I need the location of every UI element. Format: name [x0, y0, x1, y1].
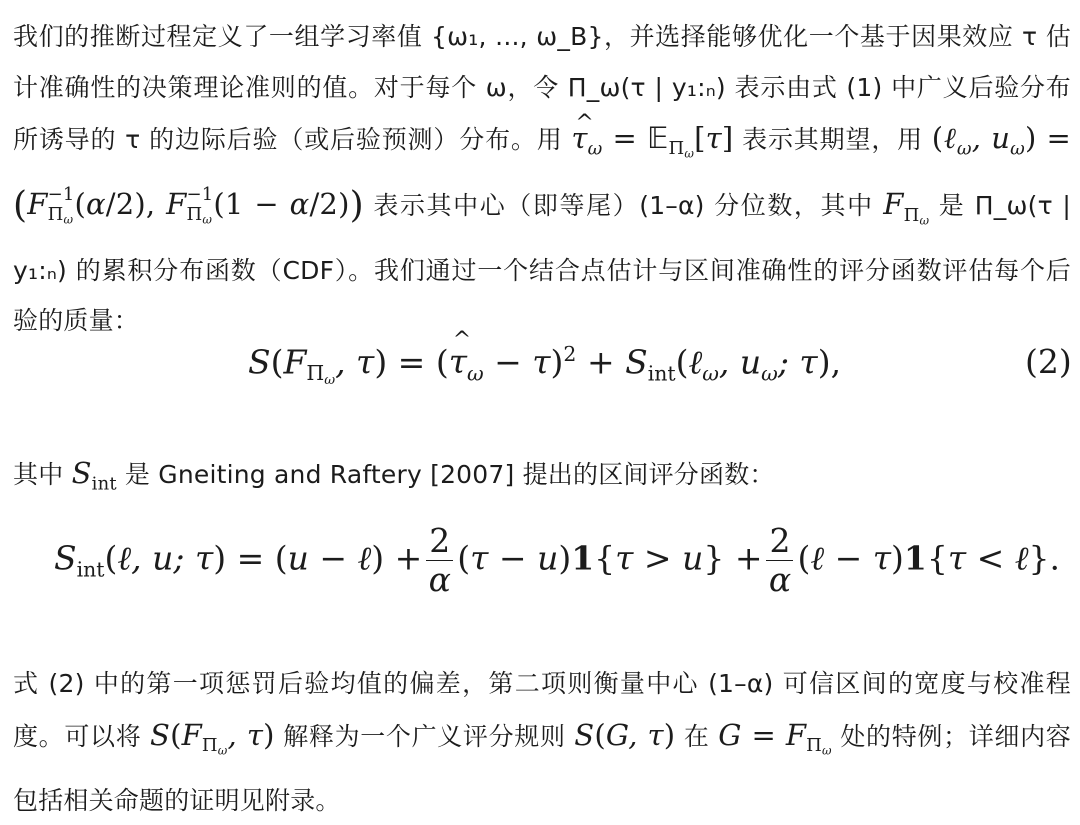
math-S-G-tau: S(G, τ)	[574, 718, 675, 752]
paragraph-interpretation: 式 (2) 中的第一项惩罚后验均值的偏差，第二项则衡量中心 (1–α) 可信区间…	[13, 659, 1071, 825]
paragraph-posterior-definition: 我们的推断过程定义了一组学习率值 {ω₁, ..., ω_B}，并选择能够优化一…	[13, 12, 1071, 347]
text-run: 表示其中心（即等尾）(1–α) 分位数，其中	[364, 191, 883, 220]
equation-number: (2)	[1025, 342, 1072, 381]
math-tau-hat-expectation: τω = 𝔼Πω[τ]	[571, 121, 733, 155]
text-run: 解释为一个广义评分规则	[275, 722, 575, 751]
text-run: 表示其期望，用	[733, 125, 931, 154]
equation-body: Sint(ℓ, u; τ) = (u − ℓ) +2α(τ − u)1{τ > …	[54, 522, 1060, 599]
paragraph-interval-score-intro: 其中 Sint 是 Gneiting and Raftery [2007] 提出…	[13, 448, 1071, 510]
math-S-F-tau: S(FΠω, τ)	[150, 718, 275, 752]
text-run: 其中	[13, 460, 72, 489]
math-S-int: Sint	[72, 456, 117, 490]
equation-body: S(FΠω, τ) = (τω − τ)2 + Sint(ℓω, uω; τ),	[248, 342, 841, 388]
text-run: 在	[675, 722, 718, 751]
math-G-equals-F: G = FΠω	[718, 718, 832, 752]
math-cdf-F: FΠω	[883, 187, 929, 221]
text-run: 是 Gneiting and Raftery [2007] 提出的区间评分函数：	[117, 460, 775, 489]
